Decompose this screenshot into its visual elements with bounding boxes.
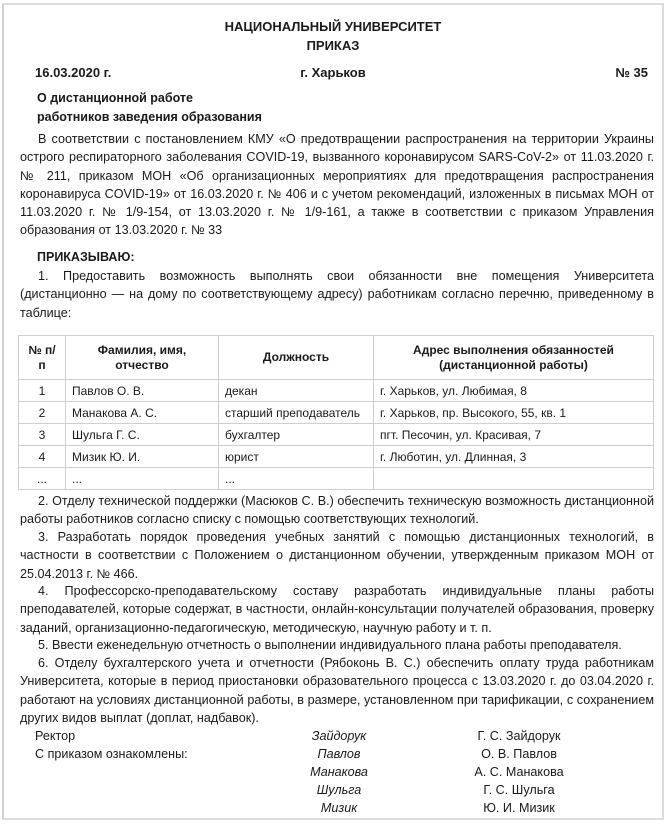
acquainted-label: С приказом ознакомлены: — [35, 745, 188, 763]
cell-position: бухгалтер — [219, 424, 374, 446]
signatory-name: Г. С. Зайдорук — [449, 727, 589, 745]
order-number: № 35 — [615, 65, 648, 80]
cell-address: г. Харьков, пр. Высокого, 55, кв. 1 — [374, 402, 654, 424]
item-4: 4. Профессорско-преподавательскому соста… — [20, 582, 654, 637]
signature: Шульга — [289, 781, 389, 799]
cell-number: 4 — [19, 446, 66, 468]
cell-full-name: Манакова А. С. — [66, 402, 219, 424]
cell-full-name: Мизик Ю. И. — [66, 446, 219, 468]
signatures-column: ЗайдорукПавловМанаковаШульгаМизик — [289, 727, 389, 817]
cell-number: 1 — [19, 380, 66, 402]
cell-address: г. Люботин, ул. Длинная, 3 — [374, 446, 654, 468]
order-city: г. Харьков — [4, 65, 662, 80]
subject-line-1: О дистанционной работе — [37, 91, 193, 105]
staff-table: № п/п Фамилия, имя, отчество Должность А… — [18, 335, 654, 490]
signatory-name: Ю. И. Мизик — [449, 799, 589, 817]
table-row: ......... — [19, 468, 654, 490]
table-row: 2Манакова А. С.старший преподавательг. Х… — [19, 402, 654, 424]
cell-address: г. Харьков, ул. Любимая, 8 — [374, 380, 654, 402]
subject-line-2: работников заведения образования — [37, 110, 262, 124]
rector-label: Ректор — [35, 727, 75, 745]
col-full-name: Фамилия, имя, отчество — [66, 336, 219, 380]
cell-full-name: ... — [66, 468, 219, 490]
table-row: 1Павлов О. В.деканг. Харьков, ул. Любима… — [19, 380, 654, 402]
cell-full-name: Шульга Г. С. — [66, 424, 219, 446]
cell-address — [374, 468, 654, 490]
signature: Зайдорук — [289, 727, 389, 745]
cell-position: старший преподаватель — [219, 402, 374, 424]
table-row: 3Шульга Г. С.бухгалтерпгт. Песочин, ул. … — [19, 424, 654, 446]
item-5: 5. Ввести еженедельную отчетность о выпо… — [20, 636, 654, 654]
order-word: ПРИКАЗЫВАЮ: — [37, 250, 135, 264]
document-type: ПРИКАЗ — [4, 38, 662, 53]
signature: Павлов — [289, 745, 389, 763]
cell-address: пгт. Песочин, ул. Красивая, 7 — [374, 424, 654, 446]
col-address: Адрес выполнения обязанностей (дистанцио… — [374, 336, 654, 380]
signature: Мизик — [289, 799, 389, 817]
document-page: НАЦИОНАЛЬНЫЙ УНИВЕРСИТЕТ ПРИКАЗ 16.03.20… — [2, 3, 664, 820]
cell-position: юрист — [219, 446, 374, 468]
signatory-name: Г. С. Шульга — [449, 781, 589, 799]
col-position: Должность — [219, 336, 374, 380]
signatory-name: А. С. Манакова — [449, 763, 589, 781]
cell-full-name: Павлов О. В. — [66, 380, 219, 402]
signatory-name: О. В. Павлов — [449, 745, 589, 763]
cell-number: ... — [19, 468, 66, 490]
item-1: 1. Предоставить возможность выполнять св… — [20, 267, 654, 322]
item-2: 2. Отделу технической поддержки (Масюков… — [20, 492, 654, 529]
preamble: В соответствии с постановлением КМУ «О п… — [20, 130, 654, 240]
table-header-row: № п/п Фамилия, имя, отчество Должность А… — [19, 336, 654, 380]
item-3: 3. Разработать порядок проведения учебны… — [20, 528, 654, 583]
names-column: Г. С. ЗайдорукО. В. ПавловА. С. Манакова… — [449, 727, 589, 817]
col-number: № п/п — [19, 336, 66, 380]
item-6: 6. Отделу бухгалтерского учета и отчетно… — [20, 654, 654, 727]
signature: Манакова — [289, 763, 389, 781]
cell-position: ... — [219, 468, 374, 490]
cell-number: 2 — [19, 402, 66, 424]
table-row: 4Мизик Ю. И.юристг. Люботин, ул. Длинная… — [19, 446, 654, 468]
cell-number: 3 — [19, 424, 66, 446]
institution-title: НАЦИОНАЛЬНЫЙ УНИВЕРСИТЕТ — [4, 19, 662, 34]
cell-position: декан — [219, 380, 374, 402]
